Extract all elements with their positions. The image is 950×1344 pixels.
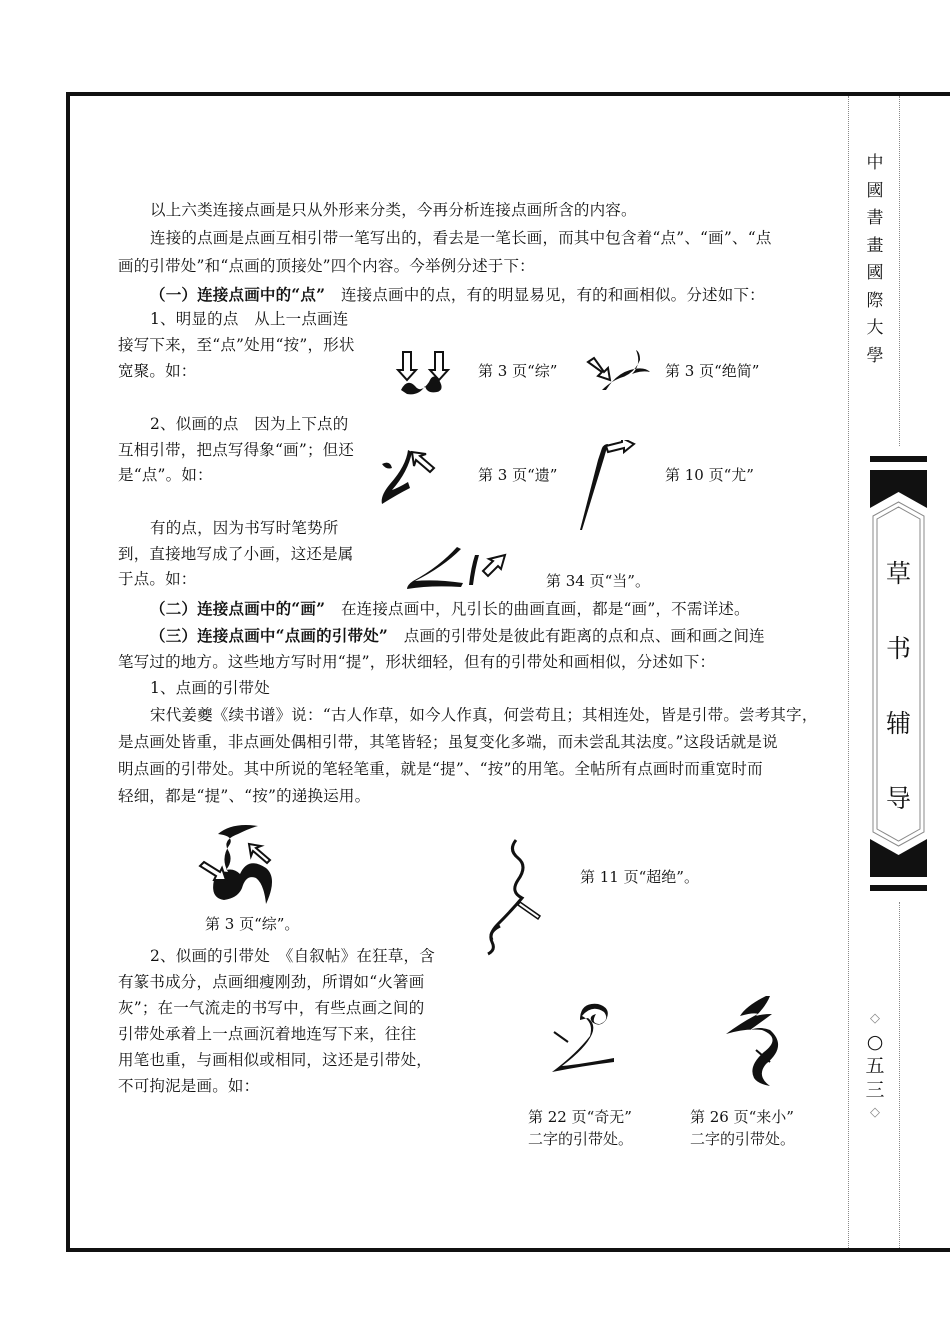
book-title-banner: 草 书 辅 导 <box>870 456 927 891</box>
banner-title: 草 书 辅 导 <box>870 536 927 836</box>
text-line: 灰”；在一气流走的书写中，有些点画之间的 <box>118 996 424 1021</box>
margin-rule <box>848 96 849 1248</box>
banner-char: 草 <box>870 536 927 611</box>
school-name: 中 國 書 畫 國 際 大 學 <box>860 150 890 370</box>
school-char: 中 <box>860 150 890 178</box>
page-number-digit: 五 <box>860 1054 890 1078</box>
text-line: 2、似画的引带处 《自叙帖》在狂草，含 <box>150 944 435 969</box>
text-line: 到，直接地写成了小画，这还是属 <box>118 542 354 567</box>
figure-caption: 第 26 页“来小” <box>690 1106 794 1127</box>
school-char: 際 <box>860 288 890 316</box>
calligraphy-you <box>572 440 642 532</box>
banner-char: 书 <box>870 611 927 686</box>
figure-caption: 第 10 页“尤” <box>665 464 754 485</box>
paragraph-line: 画的引带处”和“点画的顶接处”四个内容。今举例分述于下： <box>118 254 535 279</box>
calligraphy-chaojue <box>478 836 548 962</box>
page-number-digit: 三 <box>860 1078 890 1102</box>
margin-rule <box>899 96 900 446</box>
figure-caption: 第 34 页“当”。 <box>546 570 650 591</box>
quote-line: 轻细，都是“提”、“按”的递换运用。 <box>118 784 370 809</box>
section-2: （二）连接点画中的“画” 在连接点画中，凡引长的曲画直画，都是“画”，不需详述。 <box>150 596 750 622</box>
school-char: 國 <box>860 260 890 288</box>
subsection-title: 1、点画的引带处 <box>150 676 270 701</box>
text-line: 有的点，因为书写时笔势所 <box>150 516 338 541</box>
calligraphy-juejian <box>582 340 654 395</box>
section-heading: （三）连接点画中“点画的引带处” <box>150 626 388 645</box>
school-char: 畫 <box>860 233 890 261</box>
text-line: 互相引带，把点写得象“画”；但还 <box>118 438 354 463</box>
figure-caption: 二字的引带处。 <box>528 1128 633 1149</box>
page-frame-left <box>66 92 70 1250</box>
section-3: （三）连接点画中“点画的引带处” 点画的引带处是彼此有距离的点和点、画和画之间连 <box>150 623 765 649</box>
text-line: 用笔也重，与画相似或相同，这还是引带处， <box>118 1048 432 1073</box>
figure-caption: 二字的引带处。 <box>690 1128 795 1149</box>
figure-caption: 第 3 页“绝简” <box>665 360 759 381</box>
text-line: 有篆书成分，点画细瘦刚劲，所谓如“火箸画 <box>118 970 424 995</box>
calligraphy-dang <box>405 545 520 590</box>
school-char: 國 <box>860 178 890 206</box>
section-text: 点画的引带处是彼此有距离的点和点、画和画之间连 <box>404 627 765 645</box>
text-line: 宽聚。如： <box>118 359 197 384</box>
text-line: 于点。如： <box>118 567 197 592</box>
section-text: 在连接点画中，凡引长的曲画直画，都是“画”，不需详述。 <box>341 600 750 618</box>
school-char: 大 <box>860 315 890 343</box>
figure-caption: 第 3 页“综” <box>478 360 557 381</box>
text-line: 2、似画的点 因为上下点的 <box>150 412 348 437</box>
banner-char: 导 <box>870 761 927 836</box>
quote-line: 是点画处皆重，非点画处偶相引带，其笔皆轻；虽复变化多端，而未尝乱其法度。”这段话… <box>118 730 778 755</box>
page-frame-bottom <box>66 1248 950 1252</box>
figure-caption: 第 3 页“综”。 <box>205 913 299 934</box>
section-heading: （二）连接点画中的“画” <box>150 599 325 618</box>
page-number-digit: ○ <box>860 1030 890 1054</box>
figure-caption: 第 11 页“超绝”。 <box>580 866 699 887</box>
page-frame-top <box>66 92 950 96</box>
text-line: 不可拘泥是画。如： <box>118 1074 259 1099</box>
text-line: 是“点”。如： <box>118 463 213 488</box>
page-number: ◇ ○ 五 三 ◇ <box>860 1008 890 1124</box>
school-char: 學 <box>860 343 890 371</box>
figure-caption: 第 3 页“遗” <box>478 464 557 485</box>
diamond-icon: ◇ <box>860 1102 890 1124</box>
quote-line: 明点画的引带处。其中所说的笔轻笔重，就是“提”、“按”的用笔。全帖所有点画时而重… <box>118 757 763 782</box>
calligraphy-zong-1 <box>395 350 465 398</box>
section-1: （一）连接点画中的“点” 连接点画中的点，有的明显易见，有的和画相似。分述如下： <box>150 282 765 308</box>
diamond-icon: ◇ <box>860 1008 890 1030</box>
calligraphy-laixiao <box>722 994 792 1088</box>
section-text: 连接点画中的点，有的明显易见，有的和画相似。分述如下： <box>341 286 765 304</box>
calligraphy-qiwu <box>540 1000 640 1082</box>
text-line: 引带处承着上一点画沉着地连写下来，往往 <box>118 1022 416 1047</box>
section-heading: （一）连接点画中的“点” <box>150 285 325 304</box>
paragraph-line: 连接的点画是点画互相引带一笔写出的，看去是一笔长画，而其中包含着“点”、“画”、… <box>150 226 772 251</box>
text-line: 1、明显的点 从上一点画连 <box>150 307 348 332</box>
paragraph-intro: 以上六类连接点画是只从外形来分类，今再分析连接点画所含的内容。 <box>150 198 637 223</box>
figure-caption: 第 22 页“奇无” <box>528 1106 632 1127</box>
quote-line: 宋代姜夔《续书谱》说：“古人作草，如今人作真，何尝苟且；其相连处，皆是引带。尝考… <box>150 703 818 728</box>
text-line: 笔写过的地方。这些地方写时用“提”，形状细轻，但有的引带处和画相似，分述如下： <box>118 650 715 675</box>
calligraphy-yi <box>378 448 458 510</box>
school-char: 書 <box>860 205 890 233</box>
calligraphy-zong-2 <box>198 822 288 912</box>
margin-rule <box>899 902 900 1248</box>
banner-char: 辅 <box>870 686 927 761</box>
text-line: 接写下来，至“点”处用“按”，形状 <box>118 333 355 358</box>
